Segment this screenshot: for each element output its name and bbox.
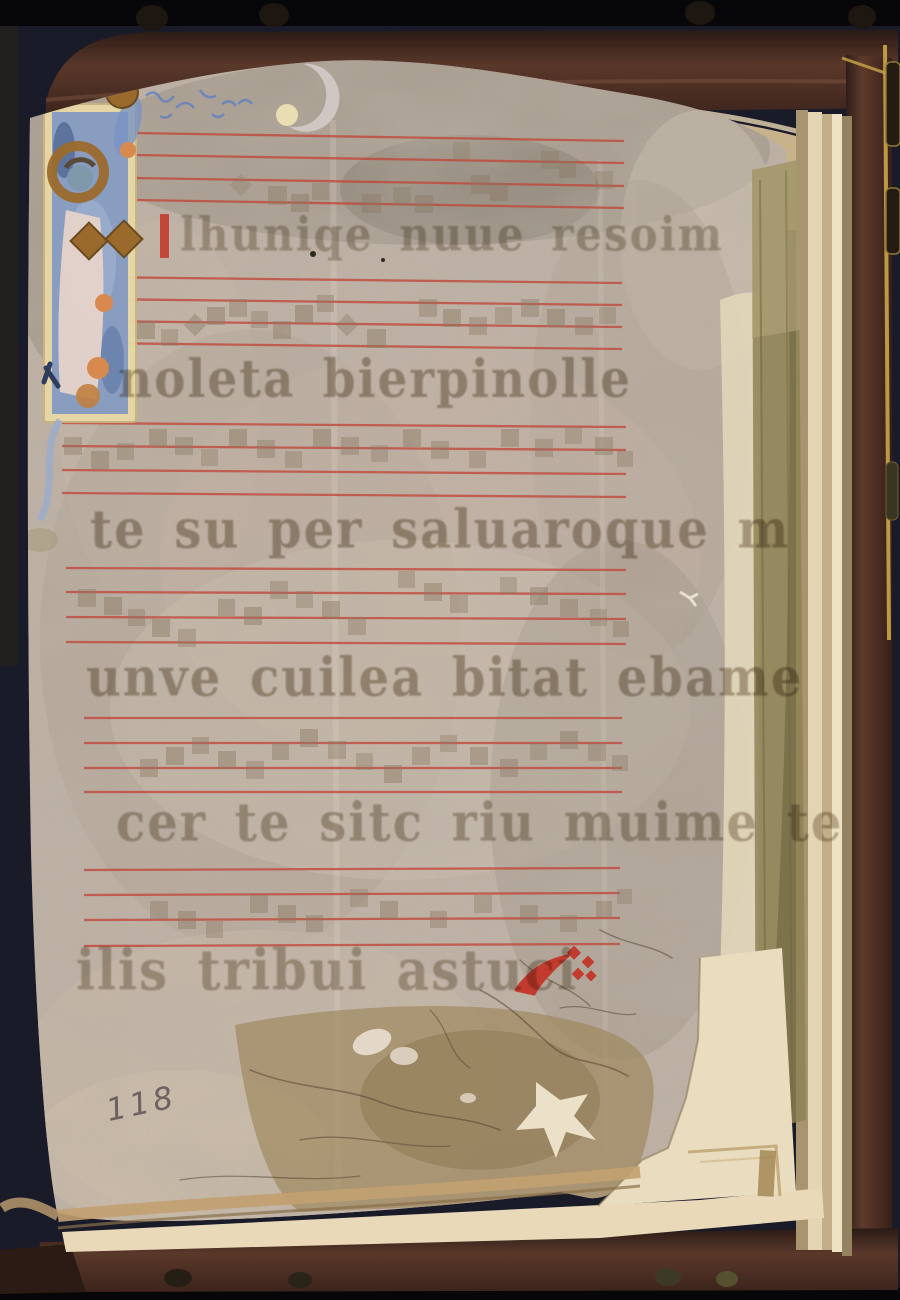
neume: [617, 889, 632, 904]
neume: [278, 905, 296, 923]
neume: [312, 183, 329, 200]
neume: [471, 175, 490, 194]
neume: [64, 437, 82, 455]
neume: [295, 305, 313, 323]
neume: [91, 451, 109, 469]
neume: [356, 753, 373, 770]
neume: [150, 901, 168, 919]
neume: [415, 195, 433, 213]
manuscript-photo: lhuniqe nuue resoim noleta bierpinolle t…: [0, 0, 900, 1300]
neume: [424, 583, 442, 601]
neume: [166, 747, 184, 765]
neume: [403, 429, 421, 447]
figure-face: [67, 165, 93, 191]
film-edge-top: [0, 0, 900, 26]
neume: [140, 759, 158, 777]
neume: [560, 915, 577, 932]
neume: [206, 921, 223, 938]
rubric-initial-stroke: [160, 214, 169, 258]
neume: [431, 441, 449, 459]
neume: [617, 451, 633, 467]
neume: [393, 187, 411, 205]
neume: [541, 151, 559, 169]
orange-dot: [87, 357, 109, 379]
neume: [273, 321, 291, 339]
neume: [398, 571, 415, 588]
neume: [322, 601, 340, 619]
neume: [595, 171, 613, 189]
neume: [175, 437, 193, 455]
neume: [137, 321, 155, 339]
neume: [328, 741, 346, 759]
neume: [588, 743, 606, 761]
neume: [469, 451, 486, 468]
neume: [362, 194, 381, 213]
neume: [117, 443, 134, 460]
neume: [565, 427, 582, 444]
neume: [559, 161, 576, 178]
neume: [257, 440, 275, 458]
neume: [380, 901, 398, 919]
neume: [218, 599, 235, 616]
neume: [490, 183, 508, 201]
neume: [469, 317, 487, 335]
neume: [384, 765, 402, 783]
neume: [530, 587, 548, 605]
neume: [500, 577, 517, 594]
neume: [530, 743, 547, 760]
neume: [500, 759, 518, 777]
neume: [495, 307, 512, 324]
neume: [470, 747, 488, 765]
neume: [317, 295, 334, 312]
neume: [371, 445, 388, 462]
neume: [419, 299, 437, 317]
neume: [178, 911, 196, 929]
neume: [560, 599, 578, 617]
neume: [291, 194, 309, 212]
neume: [474, 895, 492, 913]
neume: [178, 629, 196, 647]
neume: [251, 311, 268, 328]
neume: [560, 731, 578, 749]
neume: [341, 437, 359, 455]
neume: [78, 589, 96, 607]
neume: [300, 729, 318, 747]
neume: [229, 299, 247, 317]
neume: [430, 911, 447, 928]
neume: [244, 607, 262, 625]
neume: [521, 299, 539, 317]
neume: [161, 329, 178, 346]
spine-shadow: [0, 26, 18, 666]
neume: [599, 307, 616, 324]
neume: [246, 761, 264, 779]
neume: [218, 751, 236, 769]
neume: [450, 595, 468, 613]
neume: [501, 429, 519, 447]
neume: [313, 429, 331, 447]
neume: [348, 617, 366, 635]
orange-dot: [95, 294, 113, 312]
neume: [535, 439, 553, 457]
neume: [590, 609, 607, 626]
neume: [595, 437, 613, 455]
neume: [149, 429, 167, 447]
neume: [268, 186, 287, 205]
neume: [296, 591, 313, 608]
neume: [443, 309, 461, 327]
neume: [272, 743, 289, 760]
neume: [128, 609, 145, 626]
neume: [367, 329, 386, 348]
neume: [412, 747, 430, 765]
gold-boot: [76, 384, 100, 408]
neume: [440, 735, 457, 752]
neume: [520, 905, 538, 923]
neume: [201, 449, 218, 466]
neume: [229, 429, 247, 447]
neume: [285, 451, 302, 468]
neume: [612, 755, 628, 771]
neume: [350, 889, 368, 907]
neume: [104, 597, 122, 615]
neume: [453, 142, 470, 159]
neume: [270, 581, 288, 599]
neume: [613, 621, 629, 637]
neume: [250, 895, 268, 913]
neume: [207, 307, 225, 325]
neume: [596, 901, 612, 917]
neume: [306, 915, 323, 932]
neume: [192, 737, 209, 754]
neume: [547, 309, 565, 327]
neume: [575, 317, 593, 335]
neume: [152, 619, 170, 637]
orange-dot: [120, 142, 136, 158]
